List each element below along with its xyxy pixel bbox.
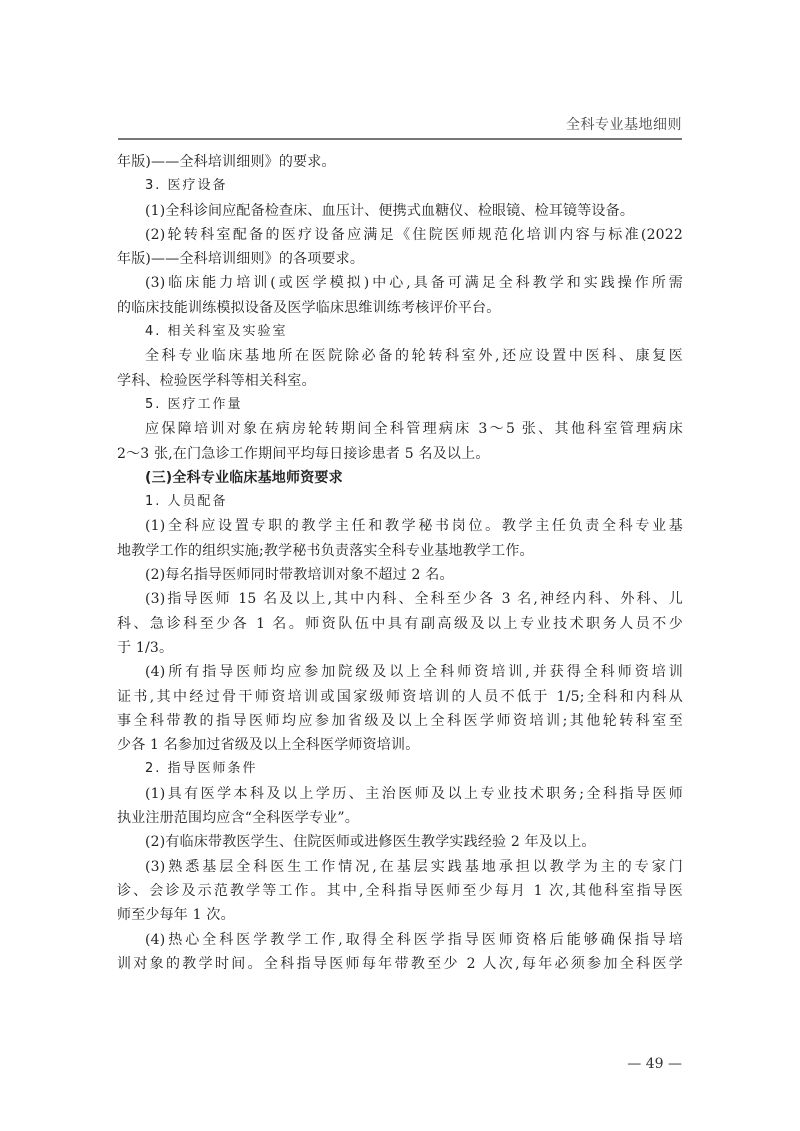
text-line: (2)轮转科室配备的医疗设备应满足《住院医师规范化培训内容与标准(2022 [117,223,683,247]
text-line: 诊、会诊及示范教学等工作。其中,全科指导医师至少每月 1 次,其他科室指导医 [117,879,683,903]
text-line: 的临床技能训练模拟设备及医学临床思维训练考核评价平台。 [117,296,683,320]
text-line: 科、急诊科至少各 1 名。师资队伍中具有副高级及以上专业技术职务人员不少 [117,612,683,636]
running-header: 全科专业基地细则 [118,112,682,140]
text-line: (1)全科诊间应配备检查床、血压计、便携式血糖仪、检眼镜、检耳镜等设备。 [117,199,683,223]
text-line: 证书,其中经过骨干师资培训或国家级师资培训的人员不低于 1/5;全科和内科从 [117,685,683,709]
page-number: — 49 — [627,1056,682,1072]
text-line: (2)有临床带教医学生、住院医师或进修医生教学实践经验 2 年及以上。 [117,830,683,854]
text-line: 训对象的教学时间。全科指导医师每年带教至少 2 人次,每年必须参加全科医学 [117,952,683,976]
subsection-heading: 5. 医疗工作量 [117,393,683,417]
text-line: (1)全科应设置专职的教学主任和教学秘书岗位。教学主任负责全科专业基 [117,514,683,538]
text-line: 学科、检验医学科等相关科室。 [117,369,683,393]
text-line: (1)具有医学本科及以上学历、主治医师及以上专业技术职务;全科指导医师 [117,782,683,806]
text-line: 应保障培训对象在病房轮转期间全科管理病床 3～5 张、其他科室管理病床 [117,417,683,441]
text-line: 于 1/3。 [117,636,683,660]
text-line: 执业注册范围均应含“全科医学专业”。 [117,806,683,830]
subsection-heading: 3. 医疗设备 [117,174,683,198]
text-line: 师至少每年 1 次。 [117,903,683,927]
text-line: (3)熟悉基层全科医生工作情况,在基层实践基地承担以教学为主的专家门 [117,855,683,879]
section-heading: (三)全科专业临床基地师资要求 [117,466,683,490]
page-body: 年版)——全科培训细则》的要求。3. 医疗设备(1)全科诊间应配备检查床、血压计… [117,150,683,976]
subsection-heading: 4. 相关科室及实验室 [117,320,683,344]
text-line: 年版)——全科培训细则》的要求。 [117,150,683,174]
text-line: (4)热心全科医学教学工作,取得全科医学指导医师资格后能够确保指导培 [117,928,683,952]
subsection-heading: 1. 人员配备 [117,490,683,514]
text-line: (4)所有指导医师均应参加院级及以上全科师资培训,并获得全科师资培训 [117,660,683,684]
text-line: 2～3 张,在门急诊工作期间平均每日接诊患者 5 名及以上。 [117,442,683,466]
text-line: (2)每名指导医师同时带教培训对象不超过 2 名。 [117,563,683,587]
text-line: (3)临床能力培训(或医学模拟)中心,具备可满足全科教学和实践操作所需 [117,271,683,295]
text-line: (3)指导医师 15 名及以上,其中内科、全科至少各 3 名,神经内科、外科、儿 [117,587,683,611]
text-line: 年版)——全科培训细则》的各项要求。 [117,247,683,271]
text-line: 地教学工作的组织实施;教学秘书负责落实全科专业基地教学工作。 [117,539,683,563]
header-title: 全科专业基地细则 [566,114,682,134]
text-line: 少各 1 名参加过省级及以上全科医学师资培训。 [117,733,683,757]
subsection-heading: 2. 指导医师条件 [117,757,683,781]
text-line: 全科专业临床基地所在医院除必备的轮转科室外,还应设置中医科、康复医 [117,344,683,368]
text-line: 事全科带教的指导医师均应参加省级及以上全科医学师资培训;其他轮转科室至 [117,709,683,733]
